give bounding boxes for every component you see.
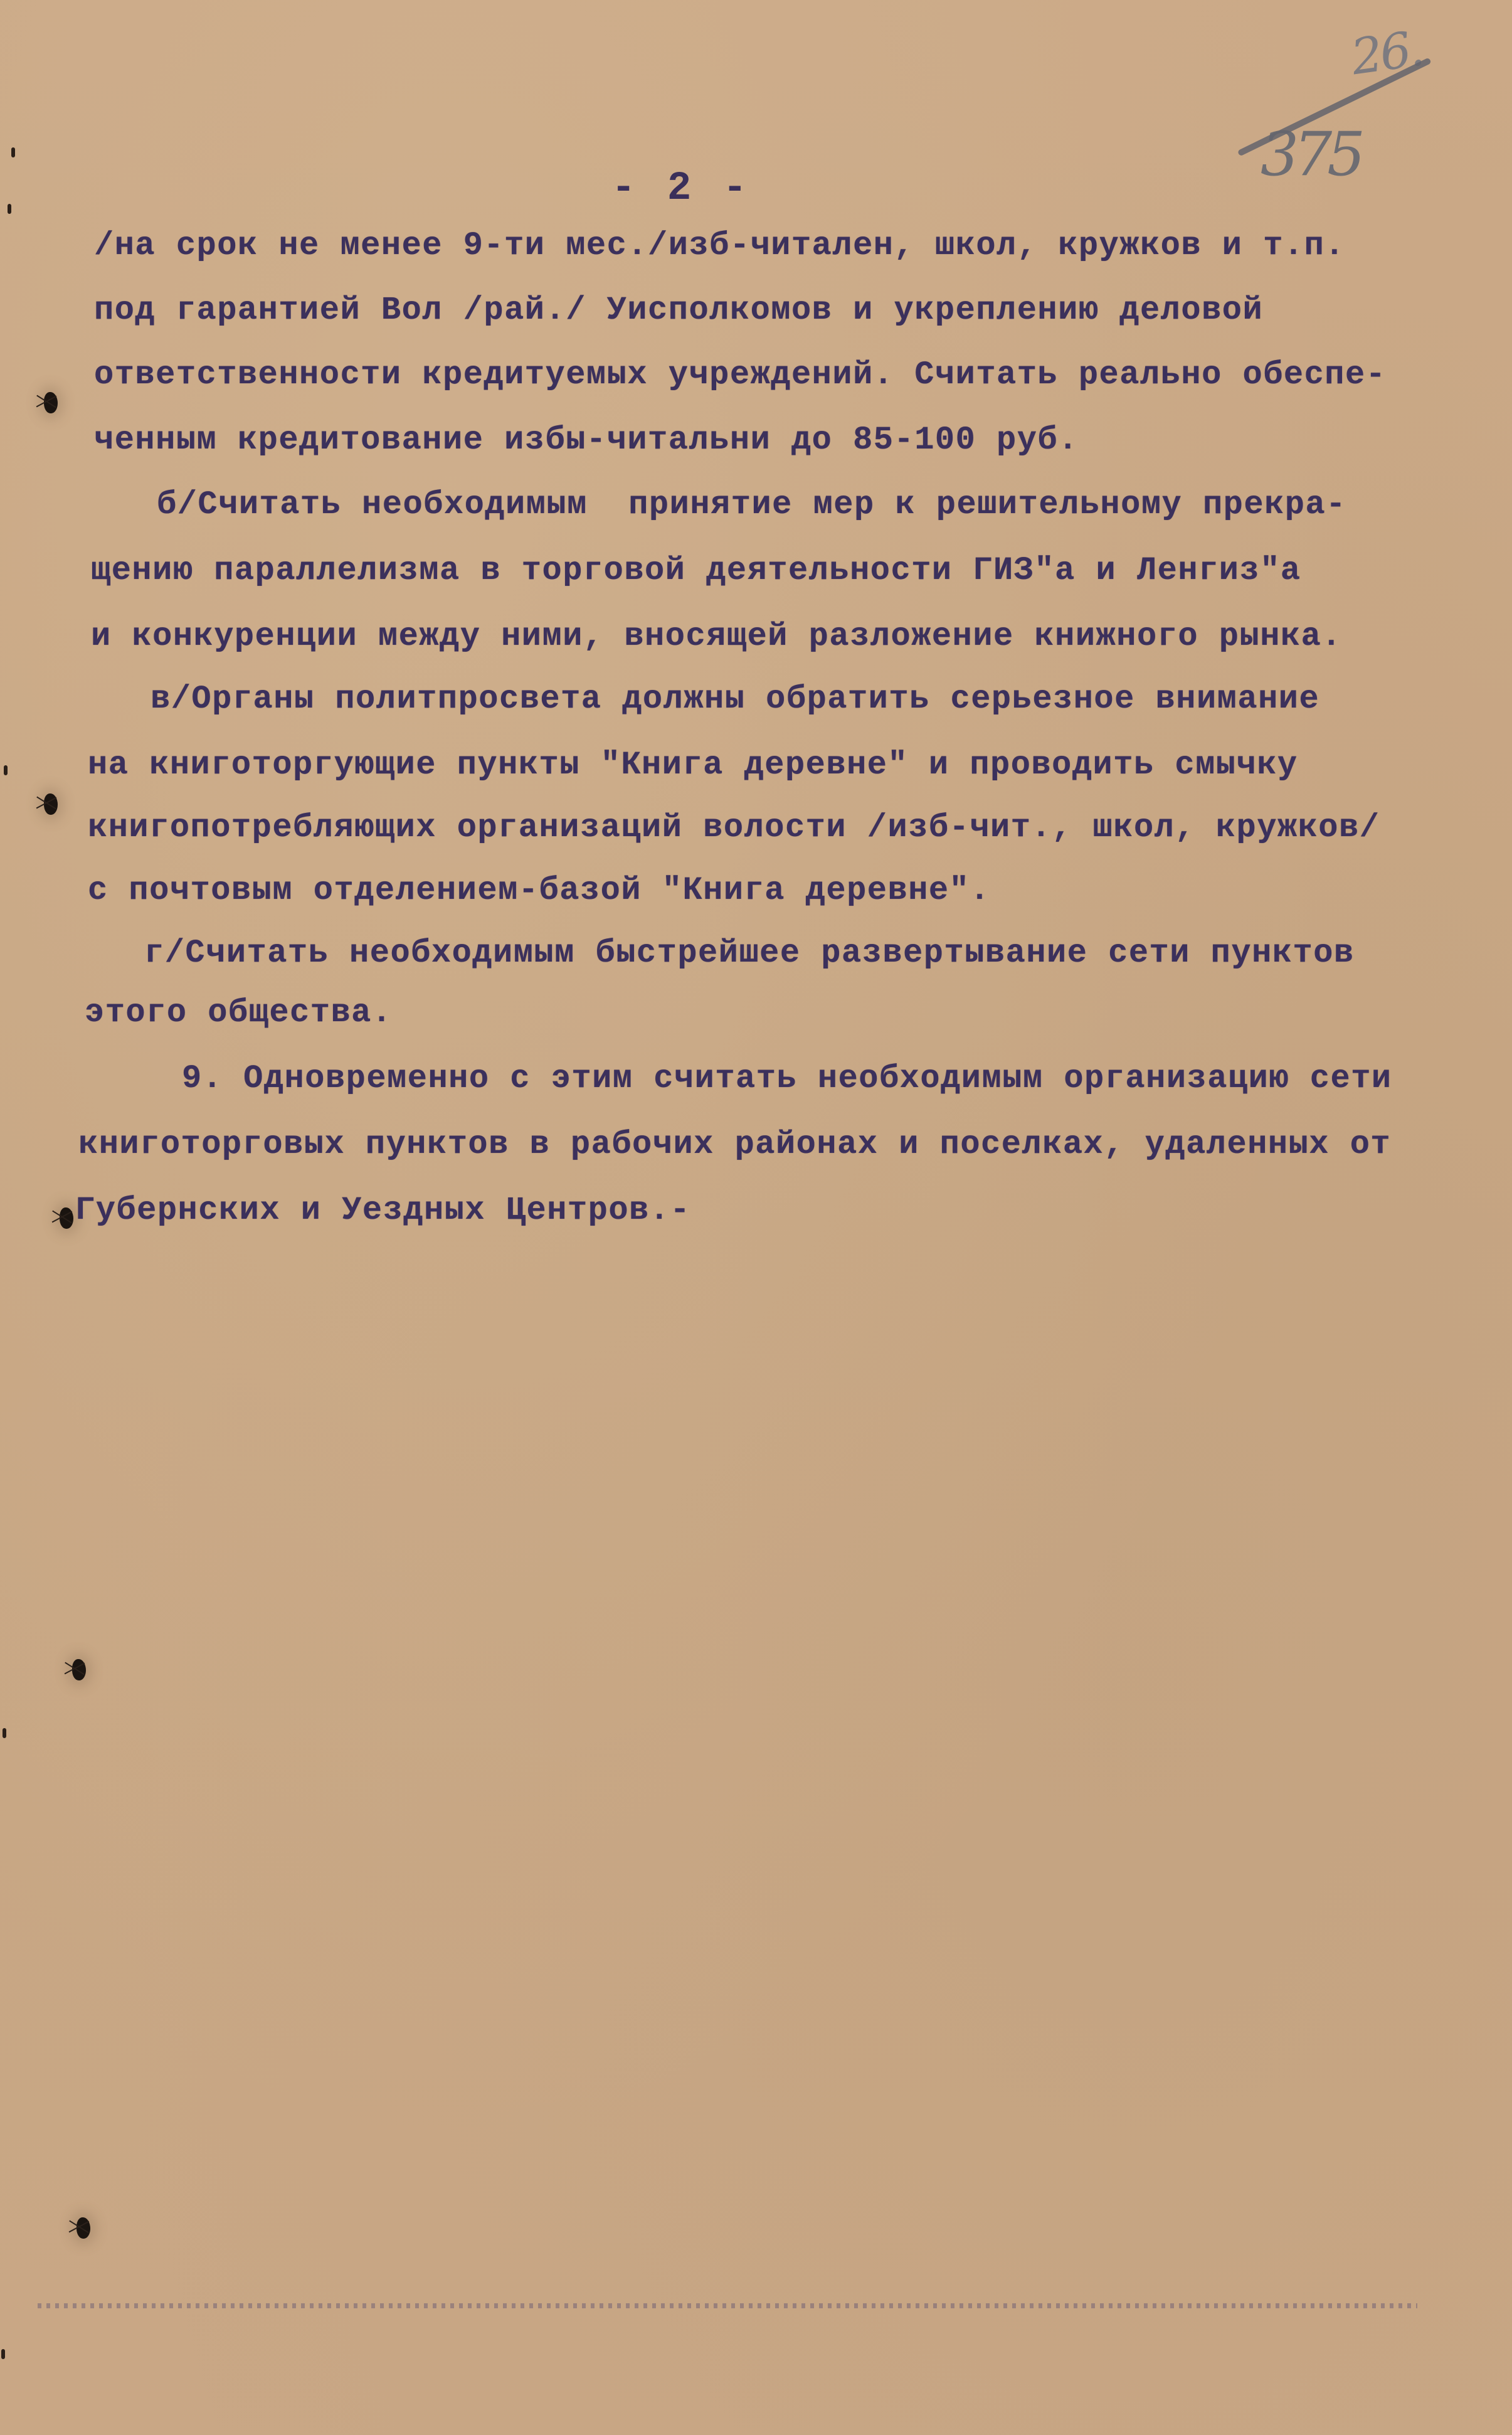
edge-mark bbox=[8, 204, 11, 214]
text-line: на книготоргующие пункты "Книга деревне"… bbox=[88, 746, 1298, 783]
text-line: б/Считать необходимым принятие мер к реш… bbox=[157, 486, 1346, 523]
edge-mark bbox=[4, 765, 8, 775]
binding-hole-bottom bbox=[77, 2217, 90, 2239]
text-line: ответственности кредитуемых учреждений. … bbox=[94, 356, 1386, 393]
text-line: в/Органы политпросвета должны обратить с… bbox=[151, 681, 1319, 718]
edge-mark bbox=[3, 1728, 6, 1738]
text-line: 9. Одновременно с этим считать необходим… bbox=[182, 1060, 1392, 1097]
binding-hole-upper-middle bbox=[44, 793, 58, 815]
edge-mark bbox=[11, 147, 15, 157]
text-line: с почтовым отделением-базой "Книга дерев… bbox=[88, 872, 990, 909]
text-line: щению параллелизма в торговой деятельнос… bbox=[91, 552, 1301, 589]
text-line: и конкуренции между ними, вносящей разло… bbox=[91, 618, 1342, 655]
text-line: книготорговых пунктов в рабочих районах … bbox=[78, 1126, 1391, 1163]
binding-hole-top bbox=[44, 392, 58, 413]
text-line: книгопотребляющих организаций волости /и… bbox=[88, 809, 1380, 846]
old-folio-number: 375 bbox=[1261, 119, 1360, 189]
text-line: ченным кредитование избы-читальни до 85-… bbox=[94, 422, 1079, 459]
text-line: под гарантией Вол /рай./ Уисполкомов и у… bbox=[94, 292, 1263, 329]
text-line: этого общества. bbox=[85, 994, 393, 1031]
text-line: Губернских и Уездных Центров.- bbox=[75, 1192, 690, 1229]
faint-typed-line bbox=[38, 2303, 1417, 2308]
text-line: /на срок не менее 9-ти мес./изб-читален,… bbox=[94, 227, 1345, 264]
edge-mark bbox=[1, 2349, 5, 2359]
page-number: - 2 - bbox=[611, 166, 751, 211]
text-line: г/Считать необходимым быстрейшее разверт… bbox=[144, 935, 1355, 972]
binding-hole-middle bbox=[60, 1207, 73, 1229]
binding-hole-lower bbox=[72, 1659, 86, 1680]
folio-number: 26. bbox=[1348, 21, 1425, 87]
document-page: 26. 375 - 2 - /на срок не менее 9-ти мес… bbox=[0, 0, 1512, 2435]
